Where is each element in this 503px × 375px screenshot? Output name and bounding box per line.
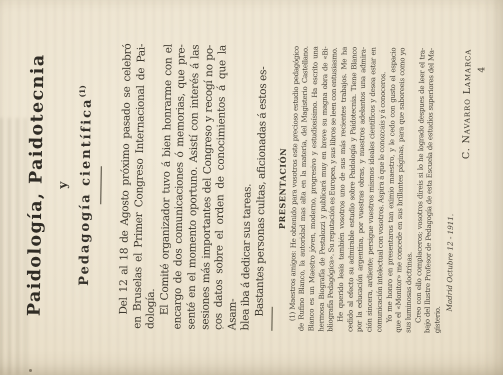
author-signature: C. Navarro Lamarca (458, 48, 473, 333)
title-conjunction: y (53, 42, 71, 327)
footnote-text: (1) Maestros amigos: He obtenido para vo… (287, 46, 446, 333)
page-subtitle: Pedagogía científica(1) (74, 42, 95, 327)
page-number: 4 (473, 48, 487, 333)
scanned-book-page: Paidología, Paidotecnia y Pedagogía cien… (0, 0, 503, 375)
subtitle-text: Pedagogía científica (77, 97, 95, 286)
title-rule (100, 166, 102, 204)
page-column: Paidología, Paidotecnia y Pedagogía cien… (0, 0, 503, 375)
paper-speck (222, 327, 224, 329)
text-line: cos datos sobre el orden de conocimiento… (212, 44, 243, 329)
footnote-heading: PRESENTACIÓN (274, 45, 288, 330)
paper-speck (29, 369, 32, 372)
page-title: Paidología, Paidotecnia (24, 42, 48, 327)
footnote-reference: (1) (77, 85, 86, 97)
rotated-page-content: Paidología, Paidotecnia y Pedagogía cien… (0, 0, 503, 375)
footnote-separator-rule (270, 306, 271, 330)
body-text: Del 12 al 18 de Agosto próximo pasado se… (117, 43, 271, 330)
